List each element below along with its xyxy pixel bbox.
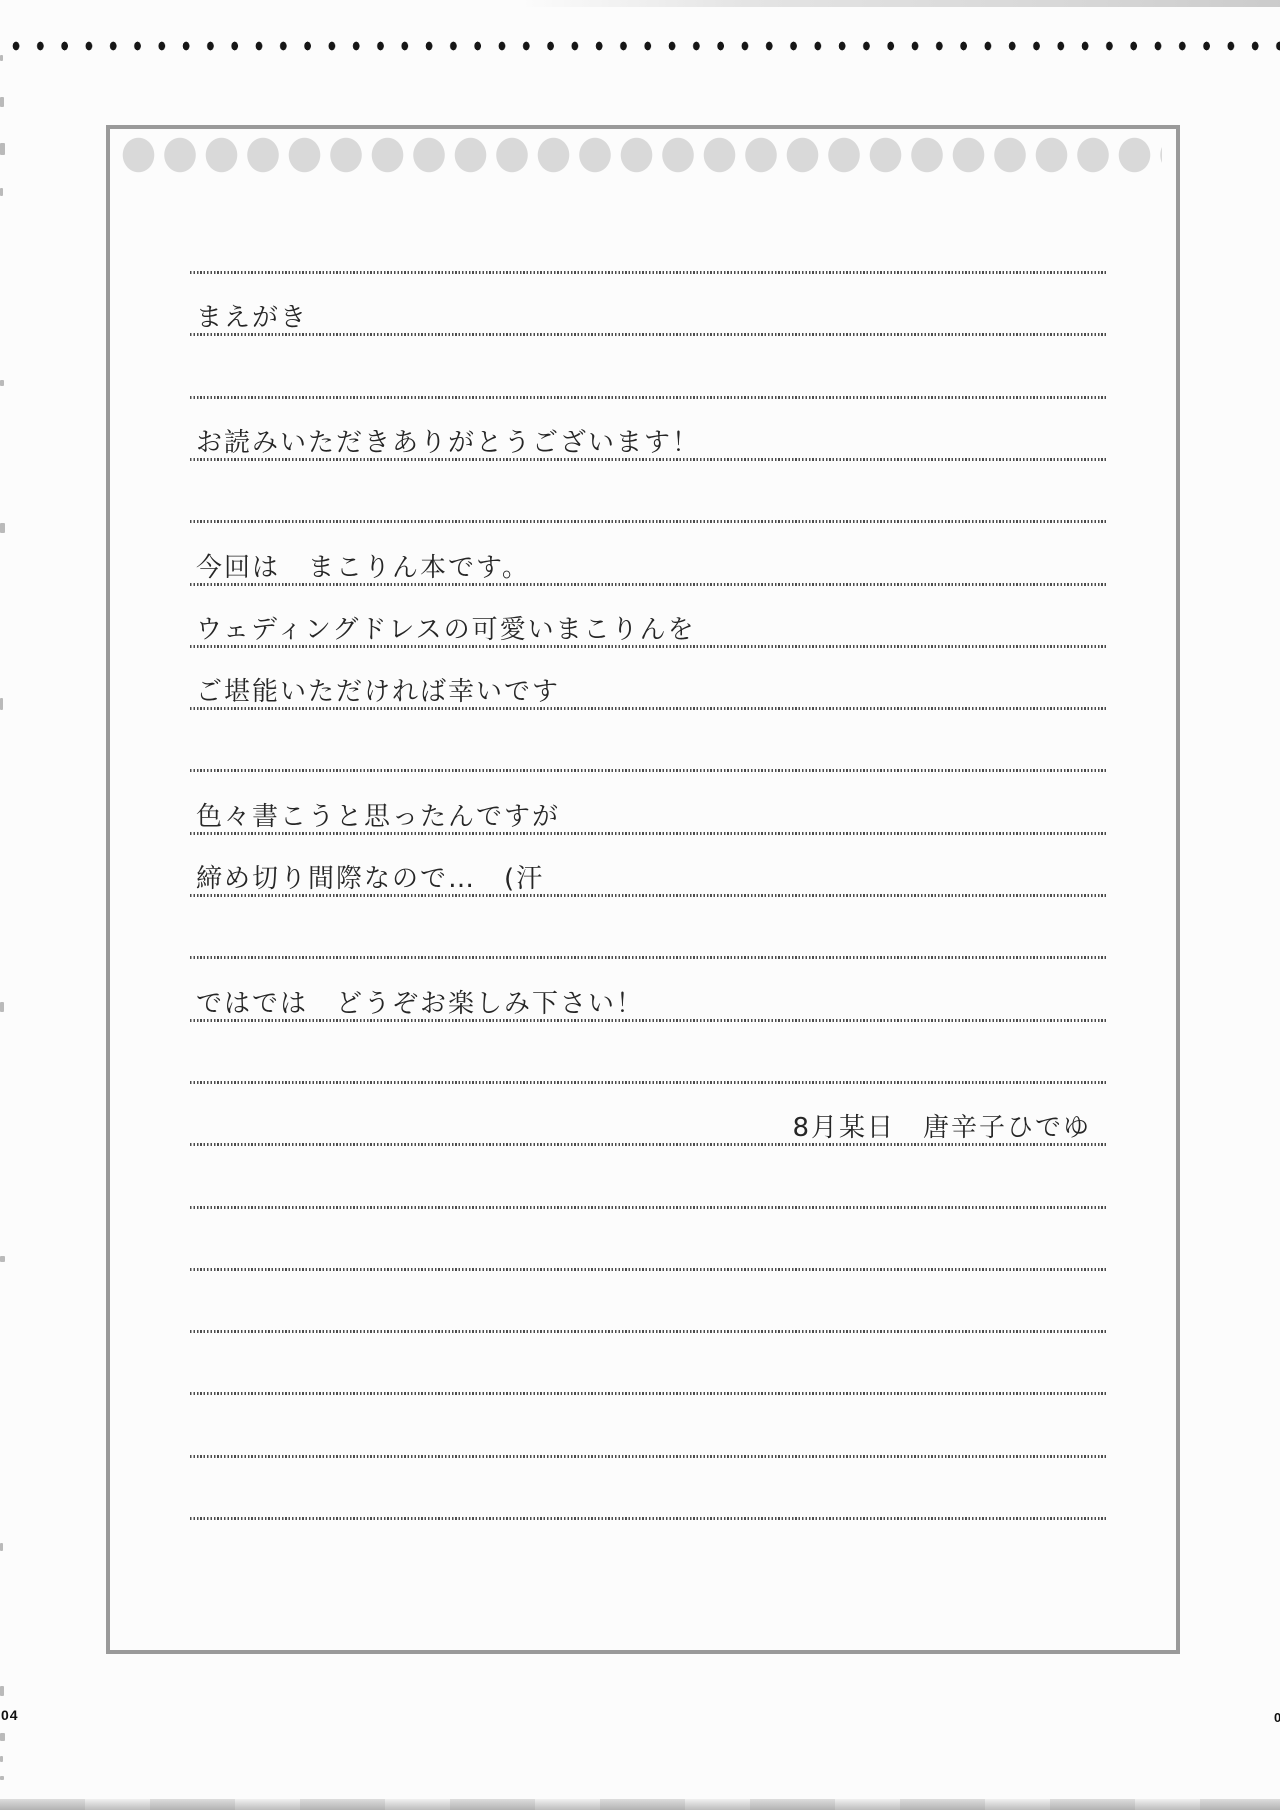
scan-artifact [0, 1776, 4, 1780]
ruled-line-row [190, 216, 1107, 274]
ruled-line-row: お読みいただきありがとうございます！ [190, 403, 1107, 461]
ruled-line [190, 1206, 1107, 1209]
scan-artifact [0, 698, 3, 710]
ruled-line-row [190, 1026, 1107, 1084]
ruled-line-row [190, 1213, 1107, 1271]
ruled-line-row [190, 1337, 1107, 1395]
scan-artifact [0, 1002, 4, 1012]
ruled-line-row [190, 1400, 1107, 1458]
ruled-line [190, 956, 1107, 959]
circle-decoration-row [122, 137, 1162, 173]
scan-artifact [0, 97, 4, 107]
ruled-line-row: 8月某日 唐辛子ひでゆ [190, 1088, 1107, 1146]
scan-edge-bottom [0, 1799, 1280, 1810]
ruled-line [190, 583, 1107, 586]
ruled-line [190, 645, 1107, 648]
ruled-line-row [190, 901, 1107, 959]
scan-artifact [0, 1543, 3, 1551]
scan-artifact [0, 380, 4, 386]
ruled-line [190, 769, 1107, 772]
ruled-line-row: まえがき [190, 278, 1107, 336]
scan-artifact [0, 1756, 3, 1762]
ruled-line [190, 1392, 1107, 1395]
ruled-line-row [190, 1151, 1107, 1209]
scanned-page: まえがきお読みいただきありがとうございます！今回は まこりん本です。ウェディング… [0, 0, 1280, 1810]
ruled-line [190, 1455, 1107, 1458]
handwritten-text: 締め切り間際なので… (汗 [190, 862, 550, 897]
ruled-line-row: 色々書こうと思ったんですが [190, 777, 1107, 835]
scan-shade-top-right [520, 0, 1280, 7]
ruled-line [190, 1517, 1107, 1520]
ruled-line [190, 271, 1107, 274]
ruled-line [190, 1143, 1107, 1146]
handwritten-text: 今回は まこりん本です。 [190, 551, 536, 586]
scan-artifact [0, 143, 5, 155]
ruled-line [190, 1268, 1107, 1271]
ruled-line-row [190, 714, 1107, 772]
handwritten-text: まえがき [190, 301, 314, 336]
scan-artifact [0, 188, 3, 196]
ruled-line [190, 333, 1107, 336]
ruled-line-row [190, 341, 1107, 399]
handwritten-text: 色々書こうと思ったんですが [190, 800, 566, 835]
page-number: 04 [1, 1707, 19, 1723]
scan-artifact [0, 1256, 5, 1262]
ruled-line [190, 1330, 1107, 1333]
top-dot-border [4, 40, 1280, 52]
ruled-line-row: ウェディングドレスの可愛いまこりんを [190, 590, 1107, 648]
handwritten-text: ではでは どうぞお楽しみ下さい！ [190, 987, 650, 1022]
ruled-line [190, 1081, 1107, 1084]
ruled-line-row: ご堪能いただければ幸いです [190, 652, 1107, 710]
handwritten-text: 8月某日 唐辛子ひでゆ [786, 1111, 1107, 1146]
handwritten-text: お読みいただきありがとうございます！ [190, 426, 706, 461]
ruled-line-row [190, 465, 1107, 523]
scan-artifact [0, 1686, 4, 1696]
scan-artifact [0, 1733, 5, 1741]
ruled-line-row [190, 1275, 1107, 1333]
facing-page-number-partial: 0 [1274, 1710, 1280, 1725]
ruled-line [190, 1019, 1107, 1022]
ruled-line [190, 894, 1107, 897]
ruled-line-row: ではでは どうぞお楽しみ下さい！ [190, 964, 1107, 1022]
scan-artifact [0, 55, 3, 61]
ruled-line-row: 締め切り間際なので… (汗 [190, 839, 1107, 897]
ruled-line-row [190, 1462, 1107, 1520]
ruled-line [190, 707, 1107, 710]
ruled-line [190, 832, 1107, 835]
ruled-line [190, 396, 1107, 399]
scan-artifact [0, 523, 5, 533]
ruled-line [190, 458, 1107, 461]
handwritten-text: ご堪能いただければ幸いです [190, 675, 566, 710]
handwritten-text: ウェディングドレスの可愛いまこりんを [190, 613, 702, 648]
ruled-line-row: 今回は まこりん本です。 [190, 528, 1107, 586]
ruled-line [190, 520, 1107, 523]
